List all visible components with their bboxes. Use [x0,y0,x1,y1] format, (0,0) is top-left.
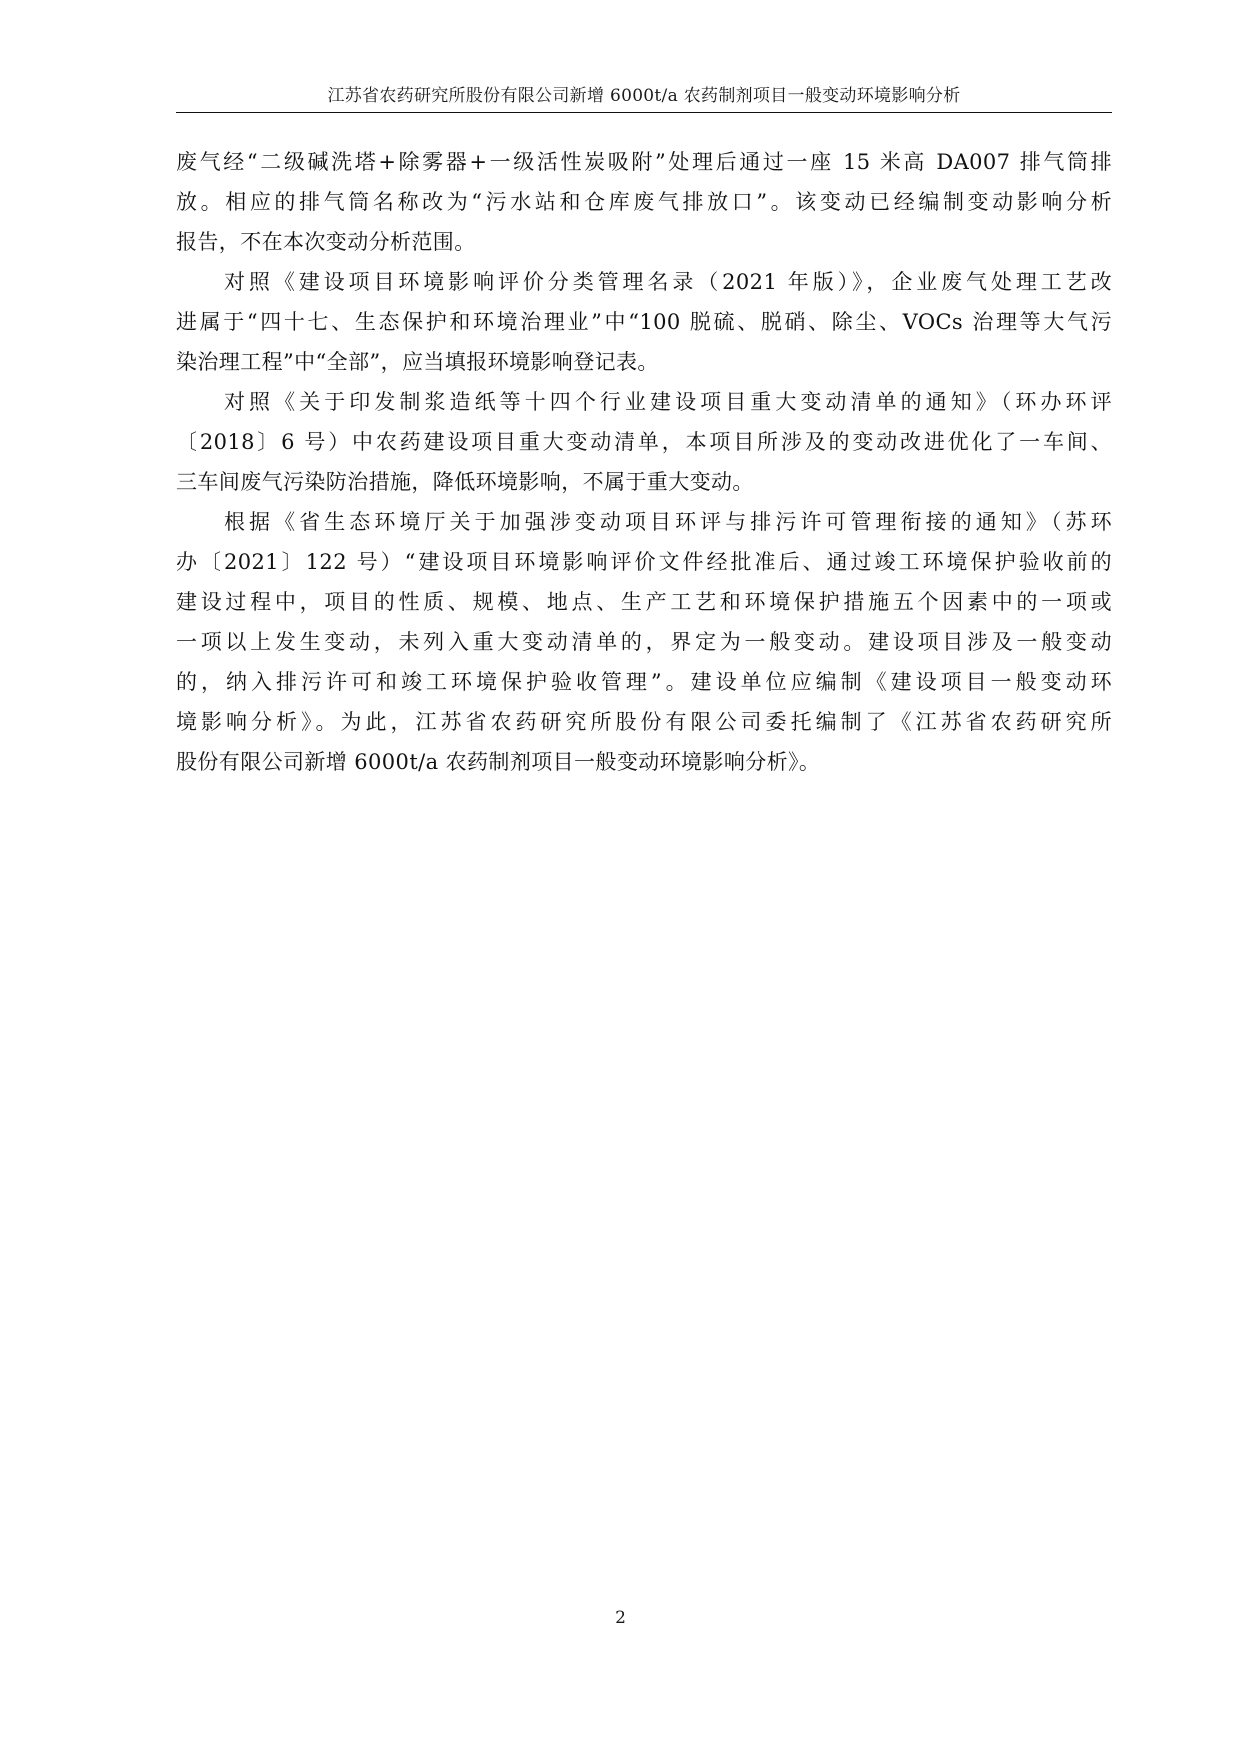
text-line: 境影响分析》。为此，江苏省农药研究所股份有限公司委托编制了《江苏省农药研究所 [176,702,1112,742]
paragraph-general-change-notice: 根据《省生态环境厅关于加强涉变动项目环评与排污许可管理衔接的通知》（苏环 办〔2… [176,502,1112,782]
page-header: 江苏省农药研究所股份有限公司新增 6000t/a 农药制剂项目一般变动环境影响分… [176,84,1112,114]
paragraph-exhaust-treatment: 废气经“二级碱洗塔+除雾器+一级活性炭吸附”处理后通过一座 15 米高 DA00… [176,142,1112,262]
page-number: 2 [0,1606,1241,1630]
text-line: 放。相应的排气筒名称改为“污水站和仓库废气排放口”。该变动已经编制变动影响分析 [176,182,1112,222]
text-line: 对照《关于印发制浆造纸等十四个行业建设项目重大变动清单的通知》（环办环评 [176,382,1112,422]
paragraph-major-change-list: 对照《关于印发制浆造纸等十四个行业建设项目重大变动清单的通知》（环办环评 〔20… [176,382,1112,502]
text-line: 办〔2021〕122 号）“建设项目环境影响评价文件经批准后、通过竣工环境保护验… [176,542,1112,582]
text-line: 废气经“二级碱洗塔+除雾器+一级活性炭吸附”处理后通过一座 15 米高 DA00… [176,142,1112,182]
text-line: 〔2018〕6 号）中农药建设项目重大变动清单，本项目所涉及的变动改进优化了一车… [176,422,1112,462]
text-line: 进属于“四十七、生态保护和环境治理业”中“100 脱硫、脱硝、除尘、VOCs 治… [176,302,1112,342]
document-title: 江苏省农药研究所股份有限公司新增 6000t/a 农药制剂项目一般变动环境影响分… [327,86,960,106]
text-line: 股份有限公司新增 6000t/a 农药制剂项目一般变动环境影响分析》。 [176,742,1112,782]
text-line: 建设过程中，项目的性质、规模、地点、生产工艺和环境保护措施五个因素中的一项或 [176,582,1112,622]
text-line: 对照《建设项目环境影响评价分类管理名录（2021 年版）》，企业废气处理工艺改 [176,262,1112,302]
text-line: 根据《省生态环境厅关于加强涉变动项目环评与排污许可管理衔接的通知》（苏环 [176,502,1112,542]
text-line: 报告，不在本次变动分析范围。 [176,222,1112,262]
text-line: 染治理工程”中“全部”，应当填报环境影响登记表。 [176,342,1112,382]
paragraph-classification-catalog: 对照《建设项目环境影响评价分类管理名录（2021 年版）》，企业废气处理工艺改 … [176,262,1112,382]
document-body: 废气经“二级碱洗塔+除雾器+一级活性炭吸附”处理后通过一座 15 米高 DA00… [176,142,1112,782]
text-line: 的，纳入排污许可和竣工环境保护验收管理”。建设单位应编制《建设项目一般变动环 [176,662,1112,702]
header-divider [176,112,1112,113]
text-line: 一项以上发生变动，未列入重大变动清单的，界定为一般变动。建设项目涉及一般变动 [176,622,1112,662]
text-line: 三车间废气污染防治措施，降低环境影响，不属于重大变动。 [176,462,1112,502]
